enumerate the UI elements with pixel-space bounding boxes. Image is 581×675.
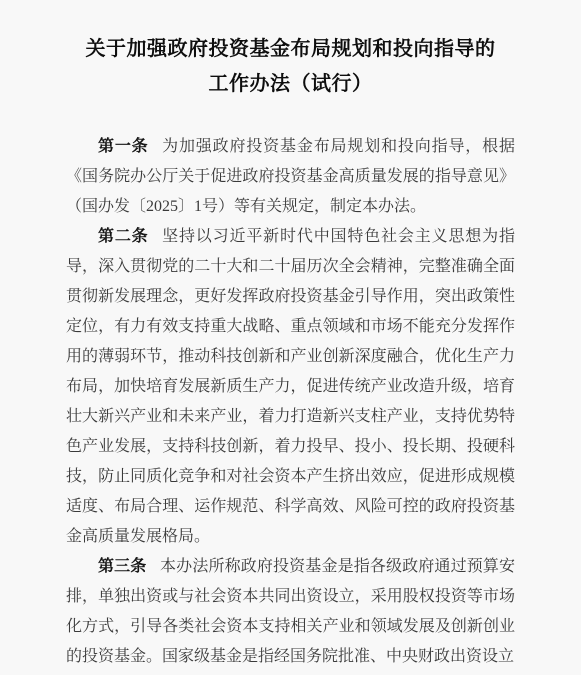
article-1-label: 第一条 — [98, 138, 149, 155]
article-2: 第二条坚持以习近平新时代中国特色社会主义思想为指导，深入贯彻党的二十大和二十届历… — [66, 222, 515, 552]
article-1: 第一条为加强政府投资基金布局规划和投向指导，根据《国务院办公厅关于促进政府投资基… — [66, 132, 515, 222]
document-title-line-2: 工作办法（试行） — [40, 67, 541, 102]
article-3-label: 第三条 — [98, 558, 146, 575]
document-title: 关于加强政府投资基金布局规划和投向指导的 工作办法（试行） — [40, 32, 541, 102]
article-2-text: 坚持以习近平新时代中国特色社会主义思想为指导，深入贯彻党的二十大和二十届历次全会… — [66, 228, 515, 545]
document-title-line-1: 关于加强政府投资基金布局规划和投向指导的 — [40, 32, 541, 67]
document-body: 第一条为加强政府投资基金布局规划和投向指导，根据《国务院办公厅关于促进政府投资基… — [66, 132, 515, 672]
document-page: 关于加强政府投资基金布局规划和投向指导的 工作办法（试行） 第一条为加强政府投资… — [0, 0, 581, 675]
article-3: 第三条本办法所称政府投资基金是指各级政府通过预算安排，单独出资或与社会资本共同出… — [66, 552, 515, 672]
article-2-label: 第二条 — [98, 228, 149, 245]
